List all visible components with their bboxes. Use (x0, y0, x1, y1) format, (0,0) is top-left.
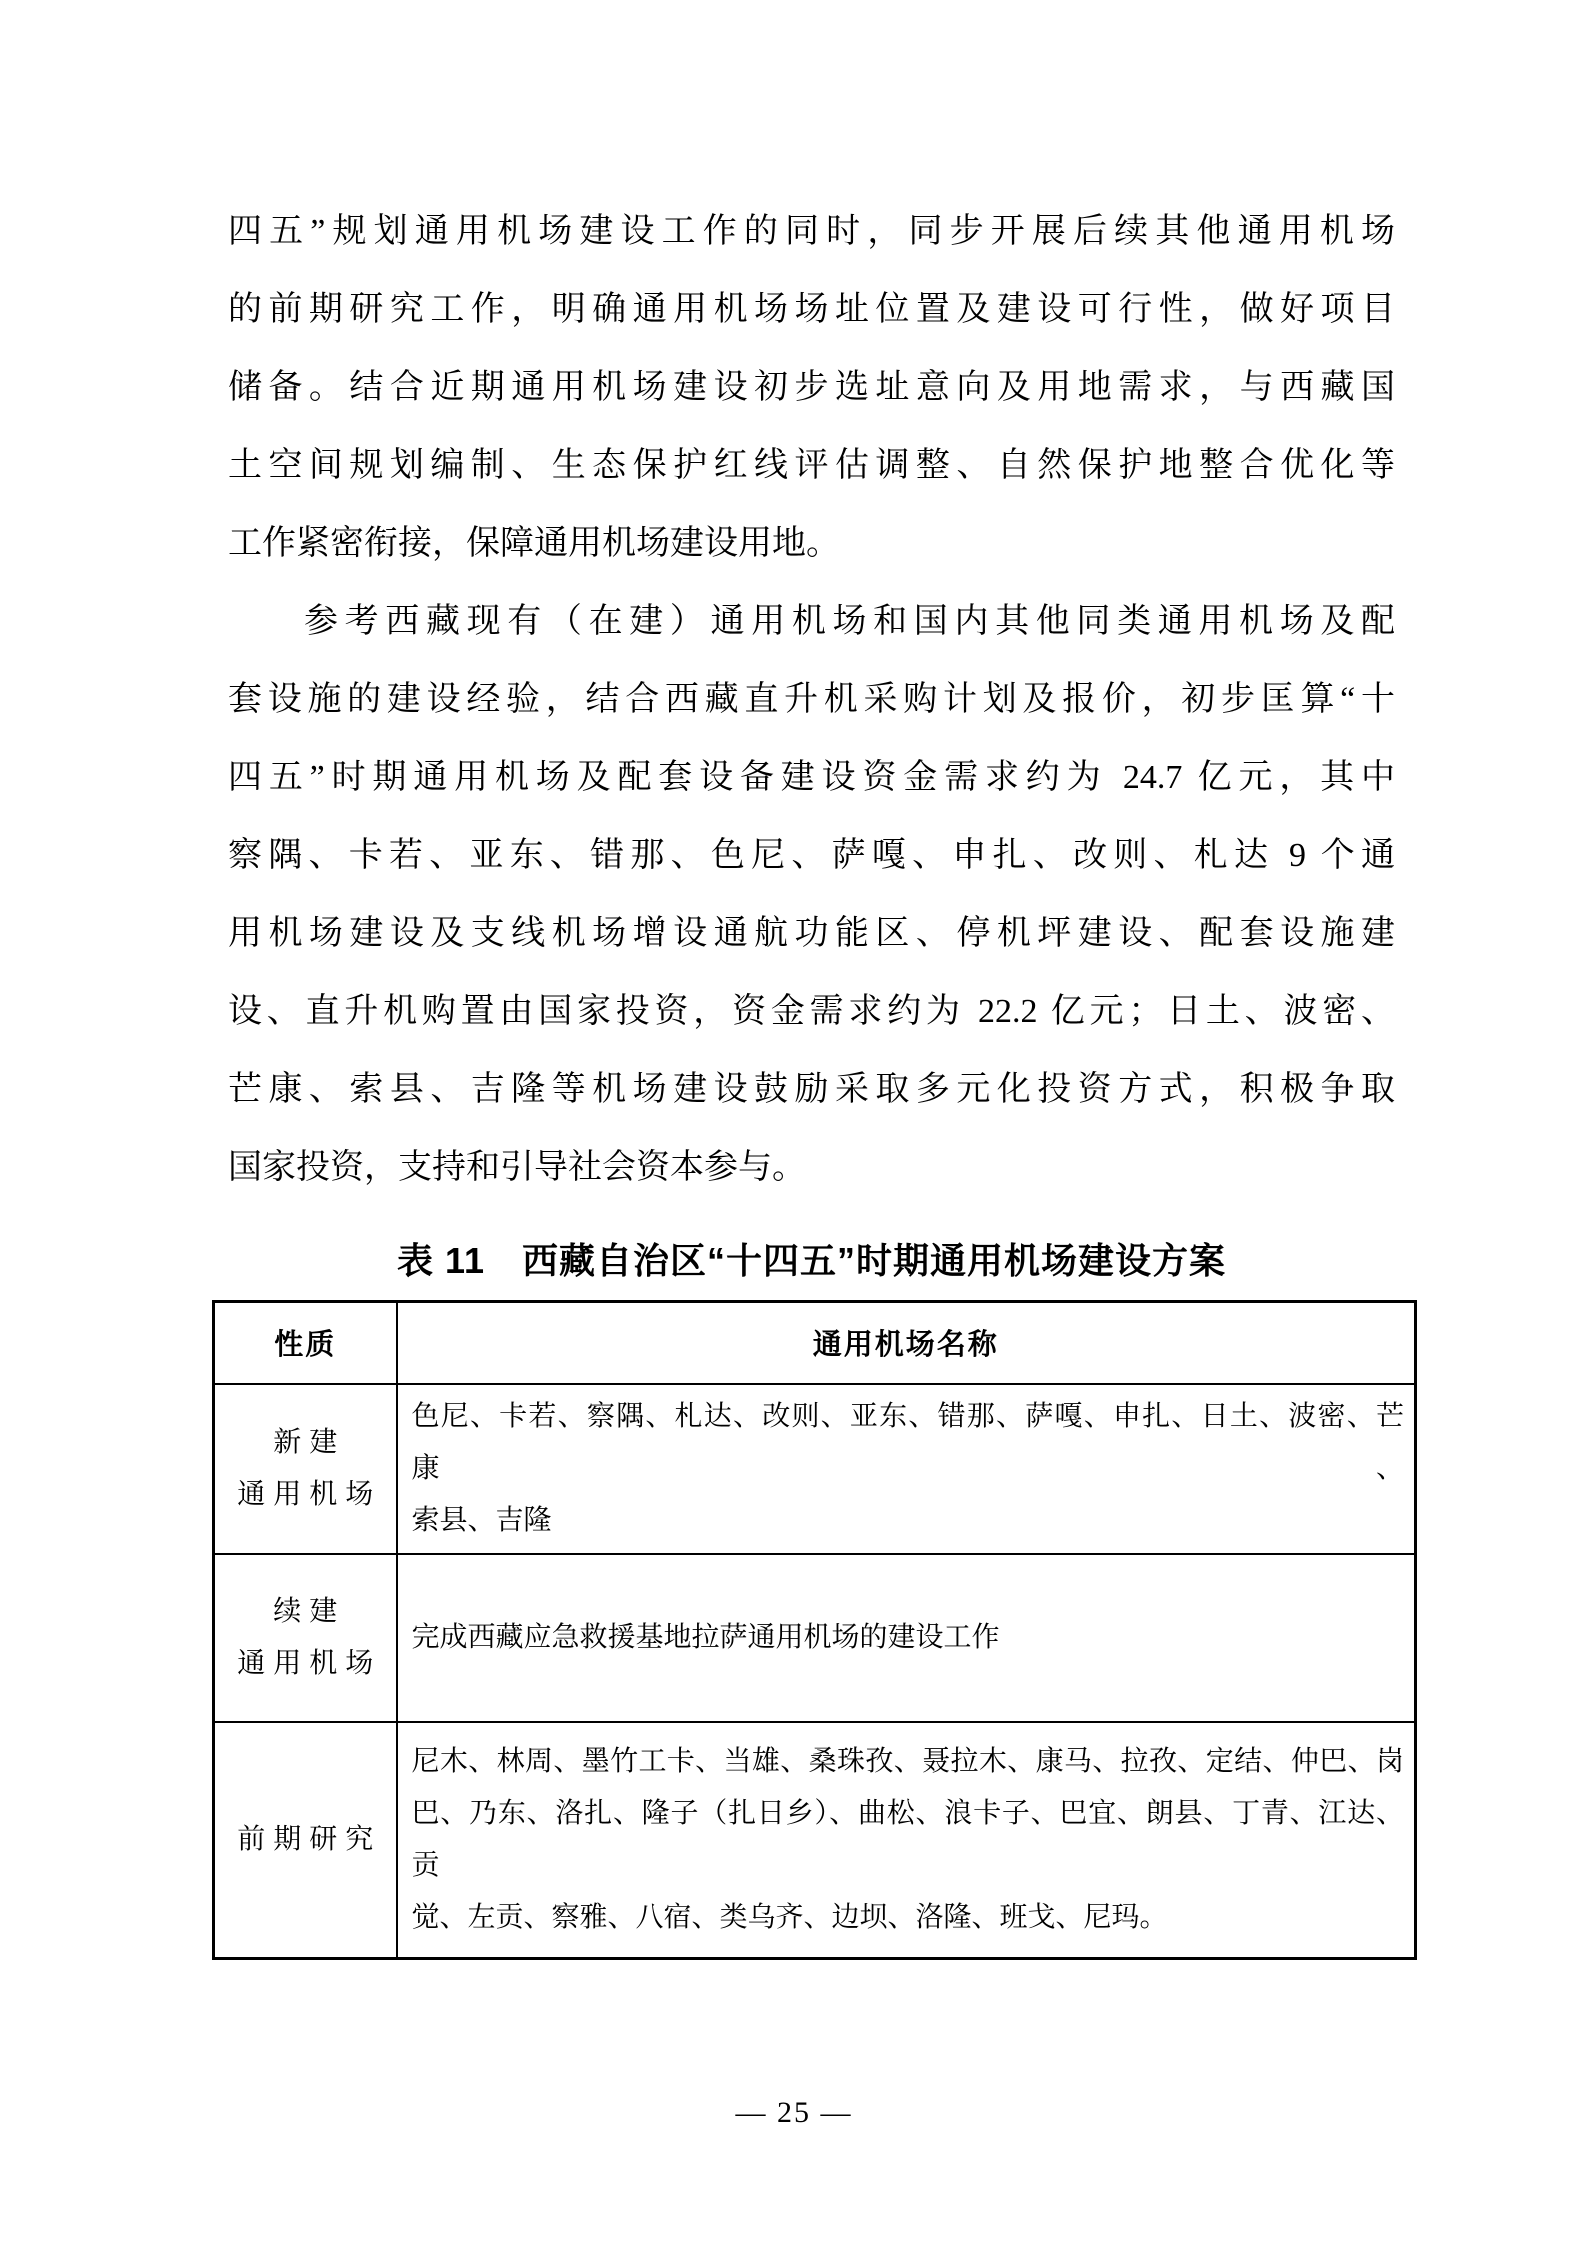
row-label-line: 通用机场 (215, 1469, 396, 1521)
paragraph1-line: 四五”规划通用机场建设工作的同时，同步开展后续其他通用机场 (228, 193, 1395, 271)
paragraph2-line: 设、直升机购置由国家投资，资金需求约为 22.2 亿元；日土、波密、 (228, 973, 1395, 1051)
row-content-line: 尼木、林周、墨竹工卡、当雄、桑珠孜、聂拉木、康马、拉孜、定结、仲巴、岗 (412, 1736, 1405, 1788)
paragraph2-line: 察隅、卡若、亚东、错那、色尼、萨嘎、申扎、改则、札达 9 个通 (228, 817, 1395, 895)
table-title: 表 11 西藏自治区“十四五”时期通用机场建设方案 (228, 1233, 1395, 1289)
paragraph1-line: 土空间规划编制、生态保护红线评估调整、自然保护地整合优化等 (228, 427, 1395, 505)
paragraph1-line: 储备。结合近期通用机场建设初步选址意向及用地需求，与西藏国 (228, 349, 1395, 427)
row-content-line: 觉、左贡、察雅、八宿、类乌齐、边坝、洛隆、班戈、尼玛。 (412, 1892, 1405, 1944)
paragraph2-line: 套设施的建设经验，结合西藏直升机采购计划及报价，初步匡算“十 (228, 661, 1395, 739)
paragraph2-line: 国家投资，支持和引导社会资本参与。 (228, 1129, 1395, 1207)
row-content-cell: 尼木、林周、墨竹工卡、当雄、桑珠孜、聂拉木、康马、拉孜、定结、仲巴、岗 巴、乃东… (397, 1722, 1416, 1959)
row-content-line: 色尼、卡若、察隅、札达、改则、亚东、错那、萨嘎、申扎、日土、波密、芒康、 (412, 1391, 1405, 1495)
row-content-line: 索县、吉隆 (412, 1495, 1405, 1547)
row-content-line: 巴、乃东、洛扎、隆子（扎日乡）、曲松、浪卡子、巴宜、朗县、丁青、江达、贡 (412, 1788, 1405, 1892)
header-cell-airport-name: 通用机场名称 (397, 1302, 1416, 1384)
row-label-cell: 新建 通用机场 (214, 1384, 397, 1554)
table-header-row: 性质 通用机场名称 (214, 1302, 1416, 1384)
table-row-continued-airports: 续建 通用机场 完成西藏应急救援基地拉萨通用机场的建设工作 (214, 1554, 1416, 1722)
row-label-line: 新建 (215, 1417, 396, 1469)
row-content-cell: 色尼、卡若、察隅、札达、改则、亚东、错那、萨嘎、申扎、日土、波密、芒康、 索县、… (397, 1384, 1416, 1554)
row-content-cell: 完成西藏应急救援基地拉萨通用机场的建设工作 (397, 1554, 1416, 1722)
row-label-line: 续建 (215, 1586, 396, 1638)
table-row-new-airports: 新建 通用机场 色尼、卡若、察隅、札达、改则、亚东、错那、萨嘎、申扎、日土、波密… (214, 1384, 1416, 1554)
paragraph2-line: 四五”时期通用机场及配套设备建设资金需求约为 24.7 亿元，其中 (228, 739, 1395, 817)
paragraph1-line: 的前期研究工作，明确通用机场场址位置及建设可行性，做好项目 (228, 271, 1395, 349)
paragraph2-line: 用机场建设及支线机场增设通航功能区、停机坪建设、配套设施建 (228, 895, 1395, 973)
page-number: — 25 — (0, 2096, 1588, 2130)
airport-table: 性质 通用机场名称 新建 通用机场 色尼、卡若、察隅、札达、改则、亚东、错那、萨… (212, 1300, 1417, 1960)
row-label-line: 前期研究 (215, 1814, 396, 1866)
paragraph2-line: 芒康、索县、吉隆等机场建设鼓励采取多元化投资方式，积极争取 (228, 1051, 1395, 1129)
table-row-preliminary-research: 前期研究 尼木、林周、墨竹工卡、当雄、桑珠孜、聂拉木、康马、拉孜、定结、仲巴、岗… (214, 1722, 1416, 1959)
paragraph2-line: 参考西藏现有（在建）通用机场和国内其他同类通用机场及配 (228, 583, 1395, 661)
row-label-line: 通用机场 (215, 1638, 396, 1690)
row-label-cell: 前期研究 (214, 1722, 397, 1959)
paragraph1-line: 工作紧密衔接，保障通用机场建设用地。 (228, 505, 1395, 583)
row-content-line: 完成西藏应急救援基地拉萨通用机场的建设工作 (412, 1612, 1405, 1664)
header-cell-property: 性质 (214, 1302, 397, 1384)
row-label-cell: 续建 通用机场 (214, 1554, 397, 1722)
document-page: 四五”规划通用机场建设工作的同时，同步开展后续其他通用机场 的前期研究工作，明确… (0, 0, 1588, 2245)
body-text: 四五”规划通用机场建设工作的同时，同步开展后续其他通用机场 的前期研究工作，明确… (228, 193, 1395, 1207)
